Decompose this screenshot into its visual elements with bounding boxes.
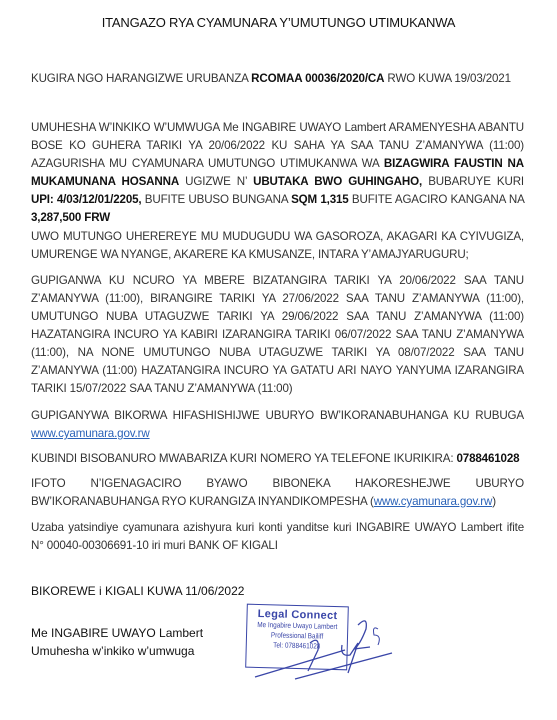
bidding-schedule-paragraph: GUPIGANWA KU NCURO YA MBERE BIZATANGIRA … (31, 272, 524, 398)
contact-text: KUBINDI BISOBANURO MWABARIZA KURI NOMERO… (31, 452, 456, 465)
property-upi: UPI: 4/03/12/01/2205, (31, 193, 142, 206)
signatory-name: Me INGABIRE UWAYO Lambert (31, 624, 203, 642)
announcement-text: BUFITE AGACIRO KANGANA NA (349, 193, 524, 206)
property-value: 3,287,500 FRW (31, 211, 110, 224)
announcement-text: BUBARUYE KURI (422, 175, 524, 188)
document-title: ITANGAZO RYA CYAMUNARA Y’UMUTUNGO UTIMUK… (0, 15, 557, 30)
handwritten-signature-icon (250, 605, 400, 685)
property-area: SQM 1,315 (291, 193, 349, 206)
property-type: UBUTAKA BWO GUHINGAHO, (253, 175, 422, 188)
announcement-text: BUFITE UBUSO BUNGANA (142, 193, 292, 206)
contact-paragraph: KUBINDI BISOBANURO MWABARIZA KURI NOMERO… (31, 450, 524, 468)
announcement-text: UGIZWE N’ (179, 175, 253, 188)
bidding-method-text: GUPIGANYWA BIKORWA HIFASHISHIJWE UBURYO … (31, 409, 524, 422)
case-number: RCOMAA 00036/2020/CA (251, 72, 384, 85)
case-date-text: RWO KUWA 19/03/2021 (384, 72, 511, 85)
place-and-date: BIKOREWE i KIGALI KUWA 11/06/2022 (31, 582, 244, 600)
bidding-method-paragraph: GUPIGANYWA BIKORWA HIFASHISHIJWE UBURYO … (31, 407, 524, 443)
payment-paragraph: Uzaba yatsindiye cyamunara azishyura kur… (31, 519, 524, 555)
closing-paren: ) (492, 495, 496, 508)
cyamunara-website-link[interactable]: www.cyamunara.gov.rw (31, 427, 150, 440)
property-location-paragraph: UWO MUTUNGO UHEREREYE MU MUDUGUDU WA GAS… (31, 228, 524, 264)
signatory-role: Umuhesha w’inkiko w’umwuga (31, 642, 194, 660)
cyamunara-website-link-2[interactable]: www.cyamunara.gov.rw (374, 495, 493, 508)
case-intro-text: KUGIRA NGO HARANGIZWE URUBANZA (31, 72, 251, 85)
case-reference-paragraph: KUGIRA NGO HARANGIZWE URUBANZA RCOMAA 00… (31, 70, 524, 88)
auction-announcement-paragraph: UMUHESHA W’INKIKO W’UMWUGA Me INGABIRE U… (31, 119, 524, 227)
contact-phone: 0788461028 (456, 452, 519, 465)
photo-valuation-paragraph: IFOTO N’IGENAGACIRO BYAWO BIBONEKA HAKOR… (31, 475, 524, 511)
